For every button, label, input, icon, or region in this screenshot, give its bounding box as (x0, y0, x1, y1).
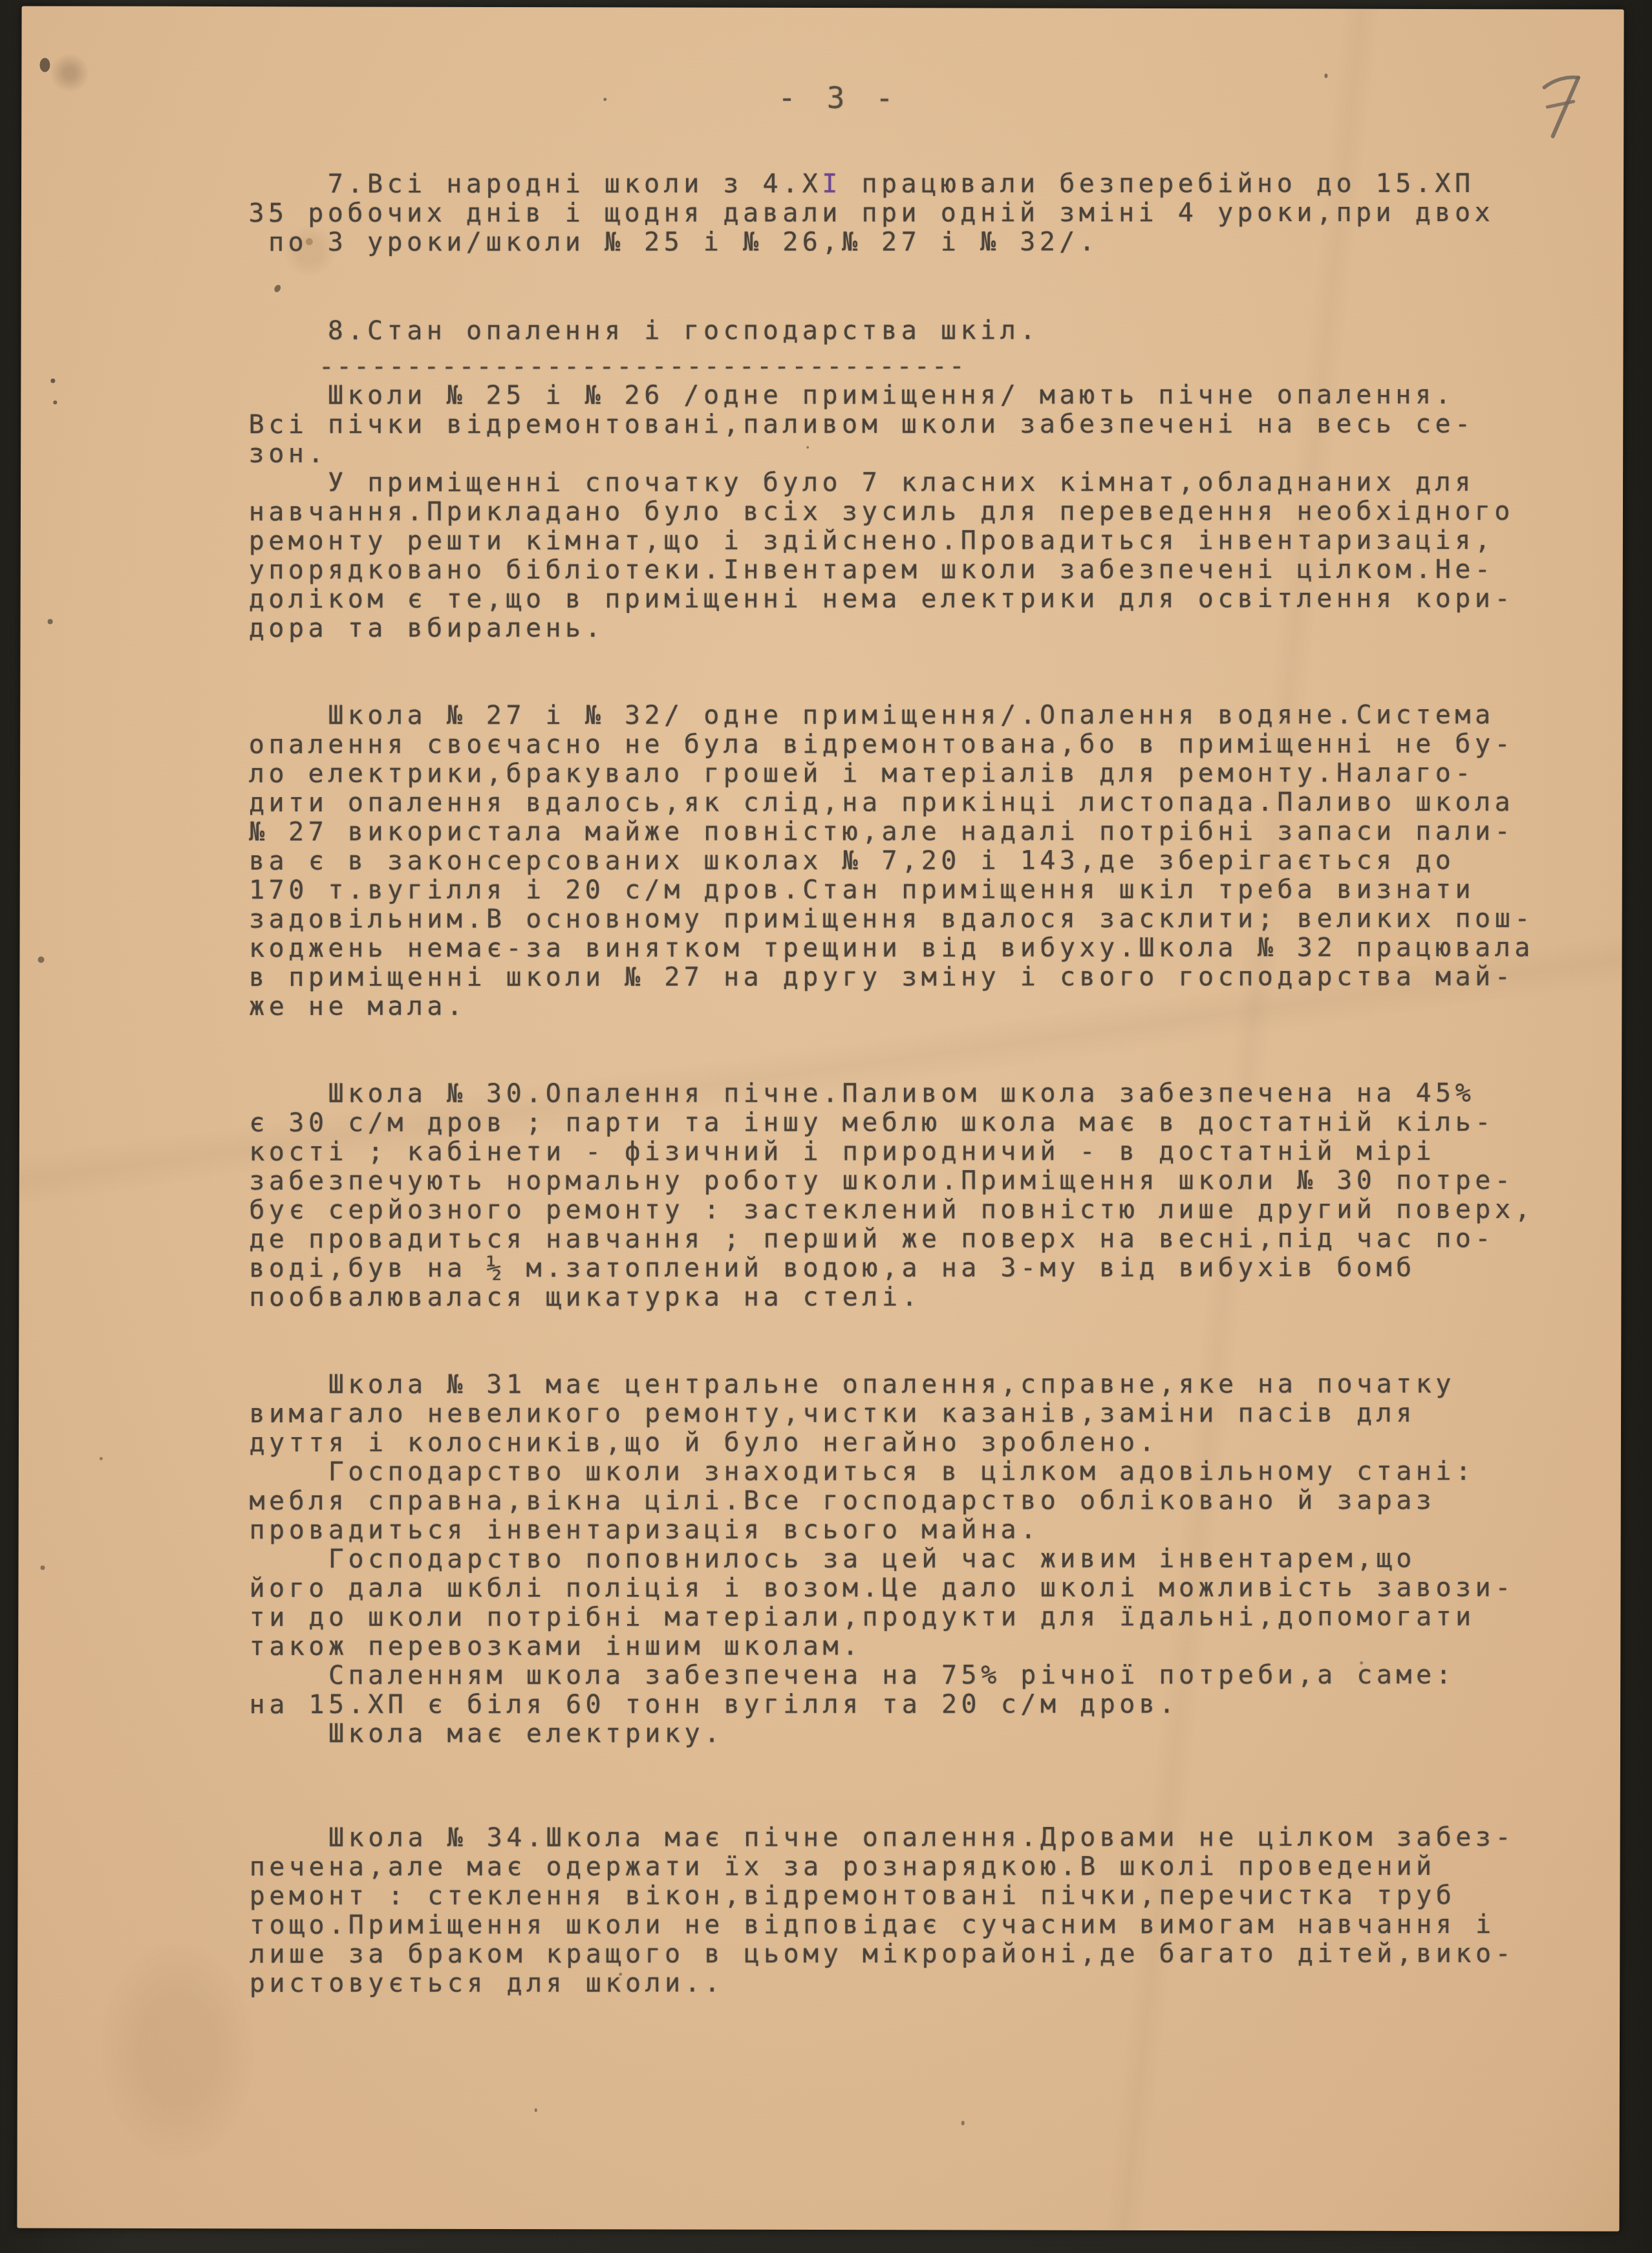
ink-speck (50, 379, 55, 383)
ink-speck (38, 956, 45, 963)
ink-speck (1324, 74, 1327, 78)
document-page: - 3 - 7.Всі народні школи з 4.ХІ працюва… (17, 6, 1624, 2231)
document-body: 7.Всі народні школи з 4.ХІ працювали без… (248, 169, 1626, 1998)
ink-speck (619, 1972, 622, 1976)
section-8-heading: 8.Стан опалення і господарства шкіл. (248, 316, 1625, 346)
ink-speck (1360, 1661, 1363, 1665)
ink-speck (806, 446, 809, 449)
paragraph-school-30: Школа № 30.Опалення пічне.Паливом школа … (249, 1079, 1626, 1312)
overtyped-character: І (822, 169, 842, 198)
paragraph-schools-25-26: Школи № 25 і № 26 /одне приміщення/ мают… (249, 381, 1626, 469)
page-number: - 3 - (778, 80, 900, 115)
ink-speck (39, 58, 50, 72)
ink-speck (53, 401, 57, 405)
ink-speck (961, 2120, 965, 2125)
section-8-underline: ------------------------------------- (249, 352, 1626, 381)
paragraph-7-text-cont: працювали безперебійно до 15.ХП (842, 169, 1475, 199)
handwritten-page-mark (1537, 69, 1591, 145)
paragraph-schools-27-32: Школа № 27 і № 32/ одне приміщення/.Опал… (249, 701, 1626, 1021)
ink-speck (100, 1457, 103, 1460)
paragraph-school-34: Школа № 34.Школа має пічне опалення.Дров… (250, 1823, 1627, 1998)
ink-speck (306, 238, 313, 245)
ink-speck (603, 98, 606, 101)
ink-speck (535, 2108, 537, 2112)
paragraph-7: 7.Всі народні школи з 4.ХІ працювали без… (248, 169, 1625, 257)
pencil-seven-glyph (1537, 69, 1591, 145)
paragraph-school-31: Школа № 31 має центральне опалення,справ… (249, 1370, 1626, 1749)
paragraph-premises: У приміщенні спочатку було 7 класних кім… (249, 468, 1626, 643)
ink-speck (48, 619, 53, 624)
paragraph-7-text: 7.Всі народні школи з 4.Х (248, 169, 822, 198)
ink-speck (41, 1565, 45, 1570)
